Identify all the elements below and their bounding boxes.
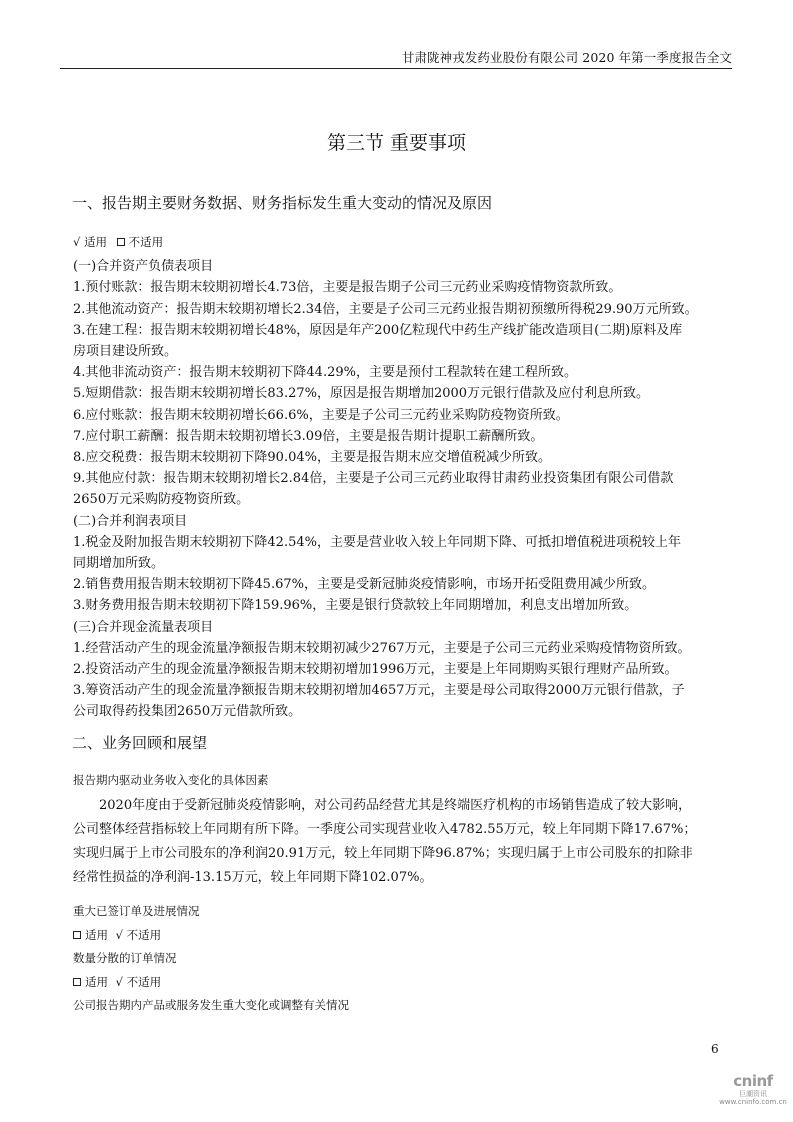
list-item: 1.预付账款：报告期末较期初增长4.73倍，主要是报告期子公司三元药业采购疫情物… (73, 277, 733, 298)
list-item: 2.投资活动产生的现金流量净额报告期末较期初增加1996万元，主要是上年同期购买… (73, 659, 733, 680)
section2-heading: 二、业务回顾和展望 (72, 732, 207, 753)
list-item: 9.其他应付款：报告期末较期初增长2.84倍，主要是子公司三元药业取得甘肃药业投… (73, 468, 733, 489)
section1-heading: 一、报告期主要财务数据、财务指标发生重大变动的情况及原因 (72, 192, 492, 213)
list-item: 1.经营活动产生的现金流量净额报告期末较期初减少2767万元，主要是子公司三元药… (73, 638, 733, 659)
logo-url: www.cninfo.com.cn (716, 1098, 790, 1107)
list-item: 7.应付职工薪酬：报告期末较期初增长3.09倍，主要是报告期计提职工薪酬所致。 (73, 426, 733, 447)
list-item: 公司取得药投集团2650万元借款所致。 (73, 701, 733, 722)
page-title: 第三节 重要事项 (0, 128, 793, 155)
business-paragraph: 2020年度由于受新冠肺炎疫情影响，对公司药品经营尤其是终端医疗机构的市场销售造… (73, 794, 733, 890)
paragraph-line: 2020年度由于受新冠肺炎疫情影响，对公司药品经营尤其是终端医疗机构的市场销售造… (73, 794, 733, 818)
logo-brand: cninf (716, 1072, 790, 1090)
list-item: 5.短期借款：报告期末较期初增长83.27%，原因是报告期增加2000万元银行借… (73, 383, 733, 404)
scattered-orders-applicability: 适用 √ 不适用 (73, 971, 733, 995)
section2-body: 报告期内驱动业务收入变化的具体因素 2020年度由于受新冠肺炎疫情影响，对公司药… (73, 770, 733, 890)
sub3-heading: (三)合并现金流量表项目 (73, 617, 733, 638)
major-orders-applicability: 适用 √ 不适用 (73, 924, 733, 948)
major-orders-label: 重大已签订单及进展情况 (73, 900, 733, 924)
list-item: 房项目建设所致。 (73, 341, 733, 362)
cninfo-logo: cninf 巨潮资讯 www.cninfo.com.cn (716, 1072, 790, 1107)
paragraph-line: 经常性损益的净利润-13.15万元，较上年同期下降102.07%。 (73, 866, 733, 890)
list-item: 3.财务费用报告期末较期初下降159.96%，主要是银行贷款较上年同期增加，利息… (73, 595, 733, 616)
sub2-heading: (二)合并利润表项目 (73, 511, 733, 532)
scattered-orders-label: 数量分散的订单情况 (73, 947, 733, 971)
applicable-label: 适用 (85, 975, 108, 989)
checkbox-icon (73, 931, 81, 939)
product-changes-label: 公司报告期内产品或服务发生重大变化或调整有关情况 (73, 994, 733, 1018)
not-applicable-label: 不适用 (129, 235, 164, 249)
not-applicable-checked: √ 不适用 (116, 928, 161, 942)
applicable-checked: √ 适用 (73, 235, 107, 249)
applicability-row: √ 适用 不适用 (73, 232, 733, 253)
logo-brand-cn: 巨潮资讯 (716, 1090, 790, 1098)
not-applicable-checked: √ 不适用 (116, 975, 161, 989)
header-rule (60, 68, 732, 69)
list-item: 6.应付账款：报告期末较期初增长66.6%，主要是子公司三元药业采购防疫物资所致… (73, 405, 733, 426)
checkbox-icon (73, 978, 81, 986)
list-item: 2.其他流动资产：报告期末较期初增长2.34倍，主要是子公司三元药业报告期初预缴… (73, 299, 733, 320)
list-item: 3.筹资活动产生的现金流量净额报告期末较期初增加4657万元，主要是母公司取得2… (73, 680, 733, 701)
paragraph-line: 公司整体经营指标较上年同期有所下降。一季度公司实现营业收入4782.55万元，较… (73, 818, 733, 842)
list-item: 3.在建工程：报告期末较期初增长48%，原因是年产200亿粒现代中药生产线扩能改… (73, 320, 733, 341)
orders-section: 重大已签订单及进展情况 适用 √ 不适用 数量分散的订单情况 适用 √ 不适用 … (73, 900, 733, 1018)
checkbox-icon (117, 238, 125, 246)
list-item: 8.应交税费：报告期末较期初下降90.04%，主要是报告期末应交增值税减少所致。 (73, 447, 733, 468)
list-item: 4.其他非流动资产：报告期末较期初下降44.29%，主要是预付工程款转在建工程所… (73, 362, 733, 383)
header-text: 甘肃陇神戎发药业股份有限公司 2020 年第一季度报告全文 (370, 48, 732, 66)
page-number: 6 (711, 1042, 719, 1056)
section1-body: √ 适用 不适用 (一)合并资产负债表项目 1.预付账款：报告期末较期初增长4.… (73, 232, 733, 723)
list-item: 1.税金及附加报告期末较期初下降42.54%，主要是营业收入较上年同期下降、可抵… (73, 532, 733, 553)
applicable-label: 适用 (85, 928, 108, 942)
list-item: 同期增加所致。 (73, 553, 733, 574)
sub1-heading: (一)合并资产负债表项目 (73, 256, 733, 277)
paragraph-line: 实现归属于上市公司股东的净利润20.91万元，较上年同期下降96.87%；实现归… (73, 842, 733, 866)
section2-subheading: 报告期内驱动业务收入变化的具体因素 (73, 770, 733, 791)
list-item: 2.销售费用报告期末较期初下降45.67%，主要是受新冠肺炎疫情影响，市场开拓受… (73, 574, 733, 595)
list-item: 2650万元采购防疫物资所致。 (73, 489, 733, 510)
